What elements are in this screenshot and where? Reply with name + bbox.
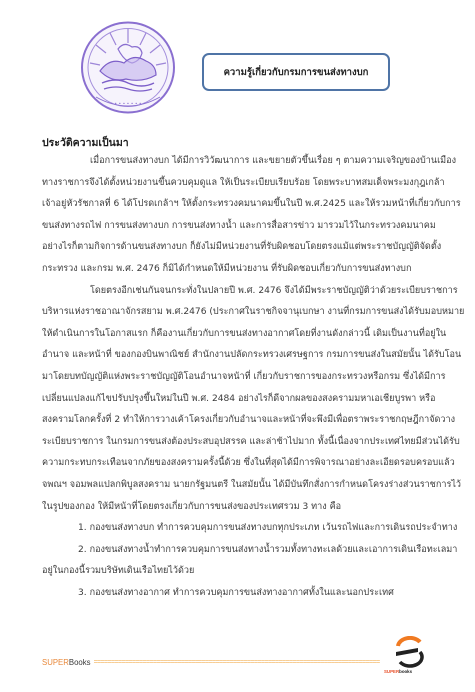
page-footer: SUPERBooks =============================… (42, 655, 402, 669)
paragraph-line: เมื่อการขนส่งทางบก ได้มีการวิวัฒนาการ แล… (42, 151, 432, 173)
superbooks-logo-icon: SUPERbooks (384, 636, 428, 674)
document-body: เมื่อการขนส่งทางบก ได้มีการวิวัฒนาการ แล… (42, 151, 432, 604)
document-title: ความรู้เกี่ยวกับกรมการขนส่งทางบก (224, 65, 369, 80)
paragraph-line: จพณฯ จอมพลแปลกพิบูลสงคราม นายกรัฐมนตรี ใ… (42, 475, 432, 497)
paragraph-line: กระทรวง และกรม พ.ศ. 2476 ก็มิได้กำหนดให้… (42, 259, 432, 281)
paragraph-line: มาโดยบทบัญญัติแห่งพระราชบัญญัติโอนอำนาจห… (42, 367, 432, 389)
paragraph-line: เปลี่ยนแปลงแก้ไขปรับปรุงขึ้นใหม่ในปี พ.ศ… (42, 389, 432, 411)
list-item: 1. กองขนส่งทางบก ทำการควบคุมการขนส่งทางบ… (42, 518, 432, 540)
svg-text:• • • • • • • • •: • • • • • • • • • (110, 102, 145, 107)
paragraph-line: บริหารแห่งราชอาณาจักรสยาม พ.ศ.2476 (ประก… (42, 302, 432, 324)
logo-text-books: books (399, 669, 412, 674)
paragraph-line: ให้ดำเนินการในโอกาสแรก ก็คืองานเกี่ยวกับ… (42, 324, 432, 346)
footer-rule: ========================================… (94, 659, 402, 666)
logo-text-super: SUPER (384, 669, 399, 674)
footer-brand-super: SUPER (42, 658, 69, 667)
document-title-box: ความรู้เกี่ยวกับกรมการขนส่งทางบก (202, 53, 390, 91)
list-item-continuation: อยู่ในกองนี้รวมบริษัทเดินเรือไทยไว้ด้วย (42, 561, 432, 583)
paragraph-line: โดยตรงอีกเช่นกันจนกระทั่งในปลายปี พ.ศ. 2… (42, 281, 432, 303)
paragraph-line: สงครามโลกครั้งที่ 2 ทำให้การวางเค้าโครงเ… (42, 410, 432, 432)
list-item: 3. กองขนส่งทางอากาศ ทำการควบคุมการขนส่งท… (42, 583, 432, 605)
list-item: 2. กองขนส่งทางน้ำทำการควบคุมการขนส่งทางน… (42, 540, 432, 562)
section-heading: ประวัติความเป็นมา (42, 134, 129, 151)
paragraph-line: ระเบียบราชการ ในกรมการขนส่งต้องประสบอุปส… (42, 432, 432, 454)
paragraph-line: อย่างไรก็ตามกิจการด้านขนส่งทางบก ก็ยังไม… (42, 237, 432, 259)
paragraph-line: ความกระทบกระเทือนจากภัยของสงครามครั้งนี้… (42, 453, 432, 475)
paragraph-line: ทางราชการจึงได้ตั้งหน่วยงานขึ้นควบคุมดูแ… (42, 173, 432, 195)
paragraph-line: ขนส่งทางรถไฟ การขนส่งทางบก การขนส่งทางน้… (42, 216, 432, 238)
paragraph-line: อำนาจ และหน้าที่ ของกองบินพาณิชย์ สำนักง… (42, 345, 432, 367)
department-seal-icon: • • • • • • • • • (80, 21, 176, 114)
footer-logo-text: SUPERbooks (384, 669, 412, 674)
footer-brand-books: Books (69, 658, 91, 667)
paragraph-line: เจ้าอยู่หัวรัชกาลที่ 6 ได้โปรดเกล้าฯ ให้… (42, 194, 432, 216)
paragraph-line: ในรูปของกอง ให้มีหน้าที่โดยตรงเกี่ยวกับก… (42, 497, 432, 519)
